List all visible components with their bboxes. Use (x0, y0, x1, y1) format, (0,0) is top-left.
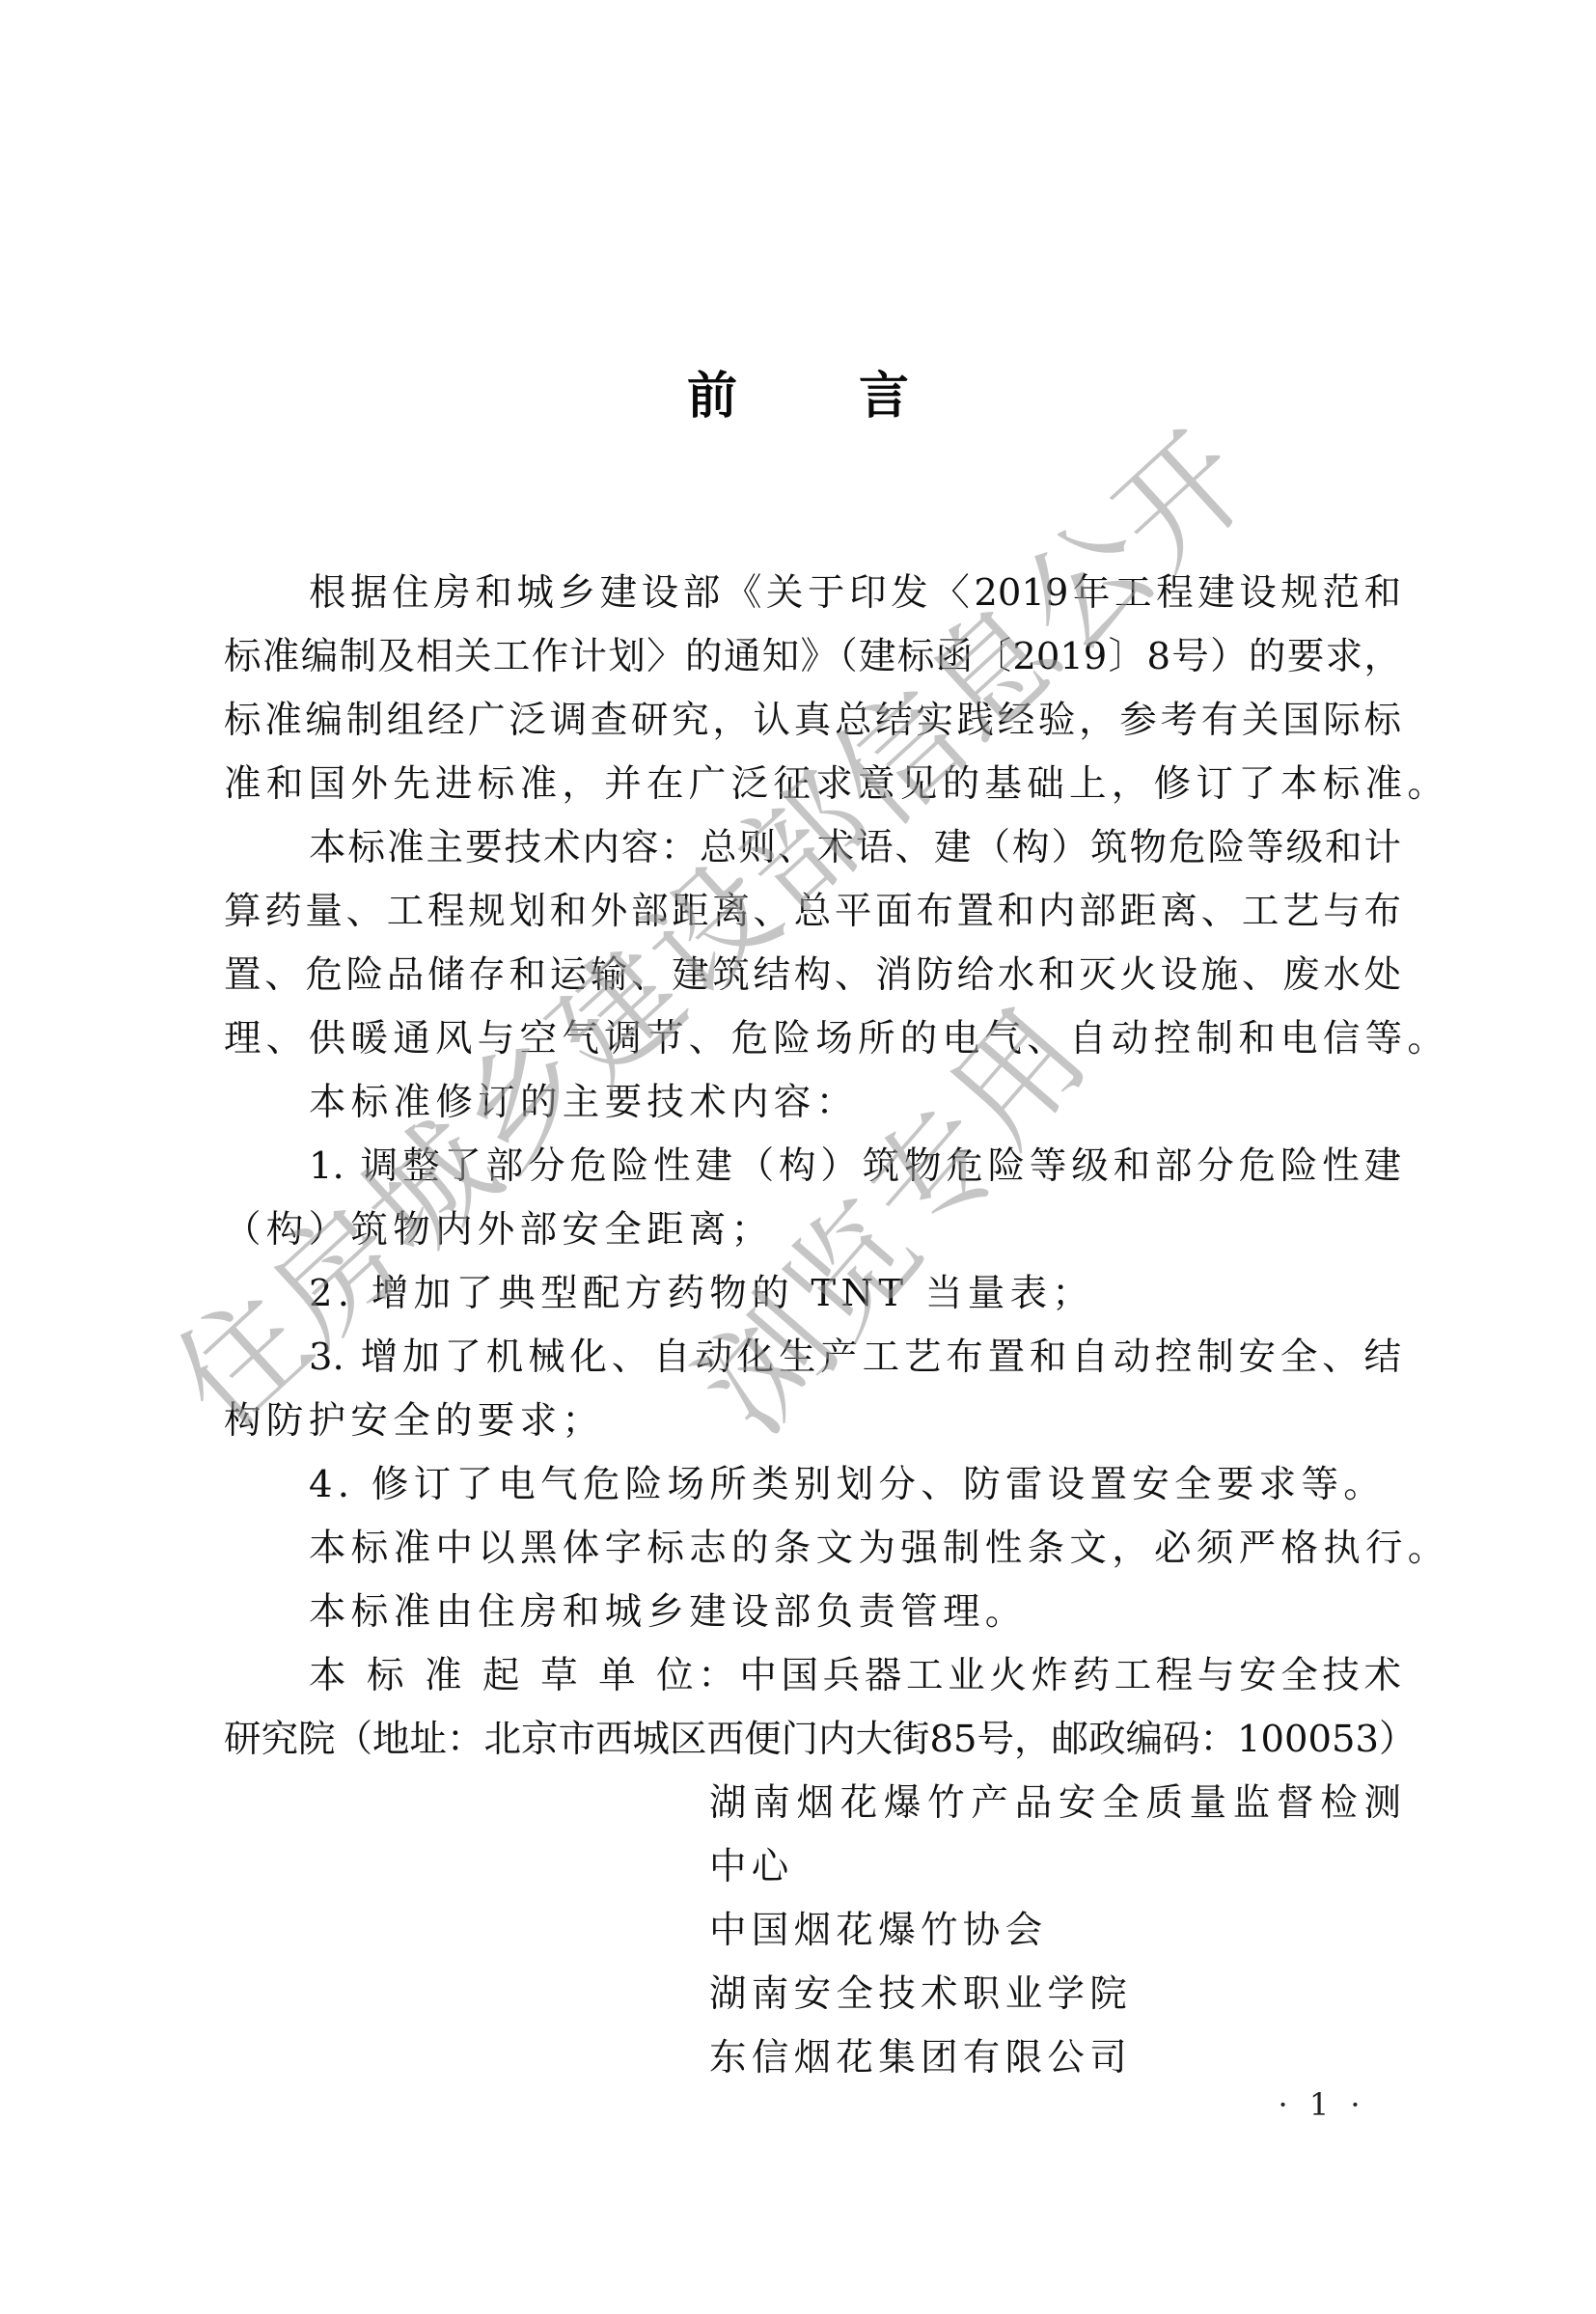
text-line: 标准编制组经广泛调查研究，认真总结实践经验，参考有关国际标 (224, 689, 1401, 753)
list-item-3-cont: 构防护安全的要求； (224, 1390, 1401, 1453)
org-line: 东信烟花集团有限公司 (224, 2026, 1401, 2090)
title-char-1: 前 (687, 363, 737, 430)
drafting-unit-address: 研究院（地址：北京市西城区西便门内大街85号，邮政编码：100053） (224, 1708, 1401, 1772)
text-line: 本标准由住房和城乡建设部负责管理。 (224, 1581, 1401, 1644)
page-title: 前 言 (0, 363, 1596, 430)
list-item-4: 4. 修订了电气危险场所类别划分、防雷设置安全要求等。 (224, 1453, 1401, 1517)
text-line: 算药量、工程规划和外部距离、总平面布置和内部距离、工艺与布 (224, 880, 1401, 944)
list-item-1-cont: （构）筑物内外部安全距离； (224, 1198, 1401, 1262)
text-line: 准和国外先进标准，并在广泛征求意见的基础上，修订了本标准。 (224, 753, 1401, 816)
page-number: · 1 · (1274, 2080, 1370, 2129)
text-line: 理、供暖通风与空气调节、危险场所的电气、自动控制和电信等。 (224, 1007, 1401, 1071)
text-line: 本标准修订的主要技术内容： (224, 1071, 1401, 1135)
text-line: 本标准中以黑体字标志的条文为强制性条文，必须严格执行。 (224, 1517, 1401, 1581)
drafting-unit-line: 本 标 准 起 草 单 位：中国兵器工业火炸药工程与安全技术 (224, 1644, 1401, 1708)
document-page: 前 言 根据住房和城乡建设部《关于印发〈2019年工程建设规范和 标准编制及相关… (0, 0, 1596, 2314)
text-line: 标准编制及相关工作计划〉的通知》（建标函〔2019〕8号）的要求， (224, 625, 1401, 689)
text-line: 置、危险品储存和运输、建筑结构、消防给水和灭火设施、废水处 (224, 944, 1401, 1007)
title-char-2: 言 (859, 363, 909, 430)
list-item-3: 3. 增加了机械化、自动化生产工艺布置和自动控制安全、结 (224, 1326, 1401, 1390)
org-line: 湖南烟花爆竹产品安全质量监督检测 (224, 1772, 1401, 1835)
list-item-1: 1. 调整了部分危险性建（构）筑物危险等级和部分危险性建 (224, 1135, 1401, 1198)
list-item-2: 2. 增加了典型配方药物的 TNT 当量表； (224, 1262, 1401, 1326)
text-line: 根据住房和城乡建设部《关于印发〈2019年工程建设规范和 (224, 562, 1401, 625)
org-line: 中心 (224, 1835, 1401, 1899)
org-line: 湖南安全技术职业学院 (224, 1963, 1401, 2026)
preface-body: 根据住房和城乡建设部《关于印发〈2019年工程建设规范和 标准编制及相关工作计划… (224, 562, 1401, 2090)
org-line: 中国烟花爆竹协会 (224, 1899, 1401, 1963)
text-line: 本标准主要技术内容：总则、术语、建（构）筑物危险等级和计 (224, 816, 1401, 880)
